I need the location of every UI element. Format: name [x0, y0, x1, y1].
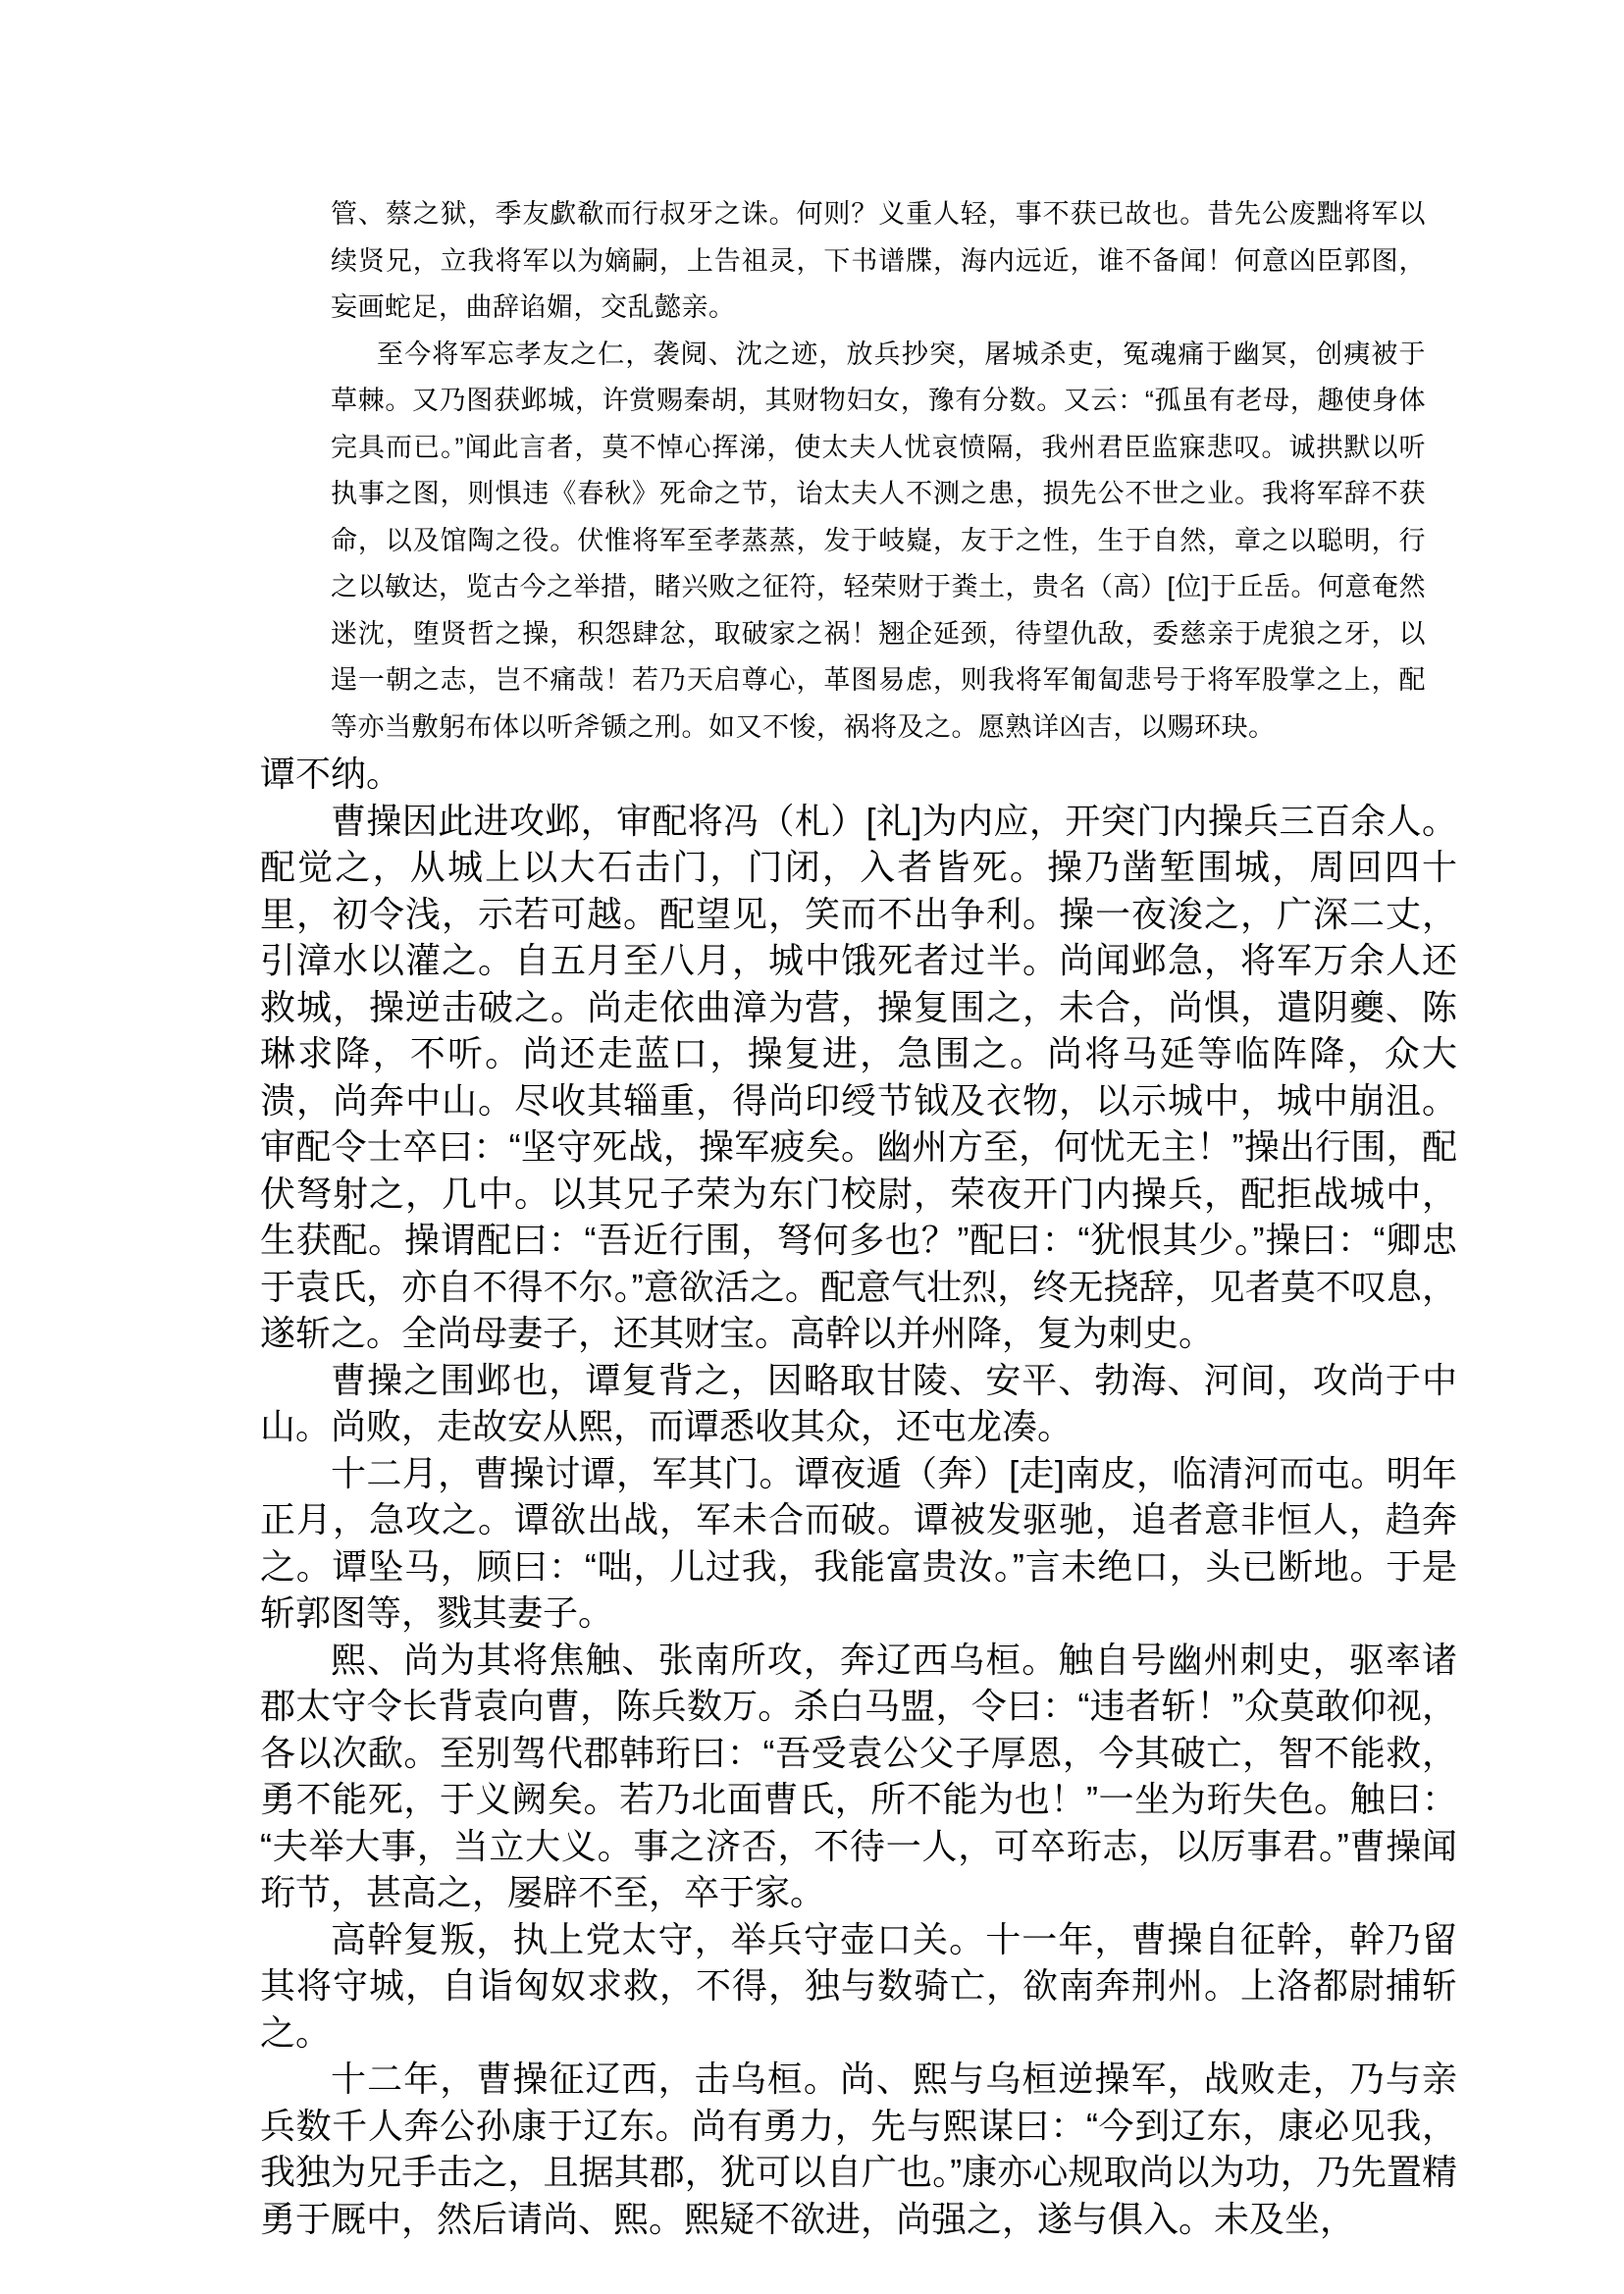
body-paragraph: 十二月，曹操讨谭，军其门。谭夜遁（奔）[走]南皮，临清河而屯。明年正月，急攻之。… — [260, 1450, 1457, 1637]
quote-paragraph: 管、蔡之狱，季友歔欷而行叔牙之诛。何则？义重人轻，事不获已故也。昔先公废黜将军以… — [331, 191, 1426, 332]
body-paragraph: 高幹复叛，执上党太守，举兵守壶口关。十一年，曹操自征幹，幹乃留其将守城，自诣匈奴… — [260, 1916, 1457, 2057]
block-quote: 管、蔡之狱，季友歔欷而行叔牙之诛。何则？义重人轻，事不获已故也。昔先公废黜将军以… — [331, 191, 1426, 751]
body-paragraph: 熙、尚为其将焦触、张南所攻，奔辽西乌桓。触自号幽州刺史，驱率诸郡太守令长背袁向曹… — [260, 1637, 1457, 1916]
body-paragraph: 曹操因此进攻邺，审配将冯（札）[礼]为内应，开突门内操兵三百余人。配觉之，从城上… — [260, 798, 1457, 1357]
body-paragraph: 十二年，曹操征辽西，击乌桓。尚、熙与乌桓逆操军，战败走，乃与亲兵数千人奔公孙康于… — [260, 2056, 1457, 2242]
document-page: 管、蔡之狱，季友歔欷而行叔牙之诛。何则？义重人轻，事不获已故也。昔先公废黜将军以… — [0, 0, 1624, 2294]
body-paragraph: 谭不纳。 — [260, 751, 1457, 798]
body-paragraph: 曹操之围邺也，谭复背之，因略取甘陵、安平、勃海、河间，攻尚于中山。尚败，走故安从… — [260, 1357, 1457, 1450]
body-text: 谭不纳。 曹操因此进攻邺，审配将冯（札）[礼]为内应，开突门内操兵三百余人。配觉… — [260, 751, 1457, 2242]
quote-paragraph: 至今将军忘孝友之仁，袭阋、沈之迹，放兵抄突，屠城杀吏，冤魂痛于幽冥，创痍被于草棘… — [331, 332, 1426, 752]
